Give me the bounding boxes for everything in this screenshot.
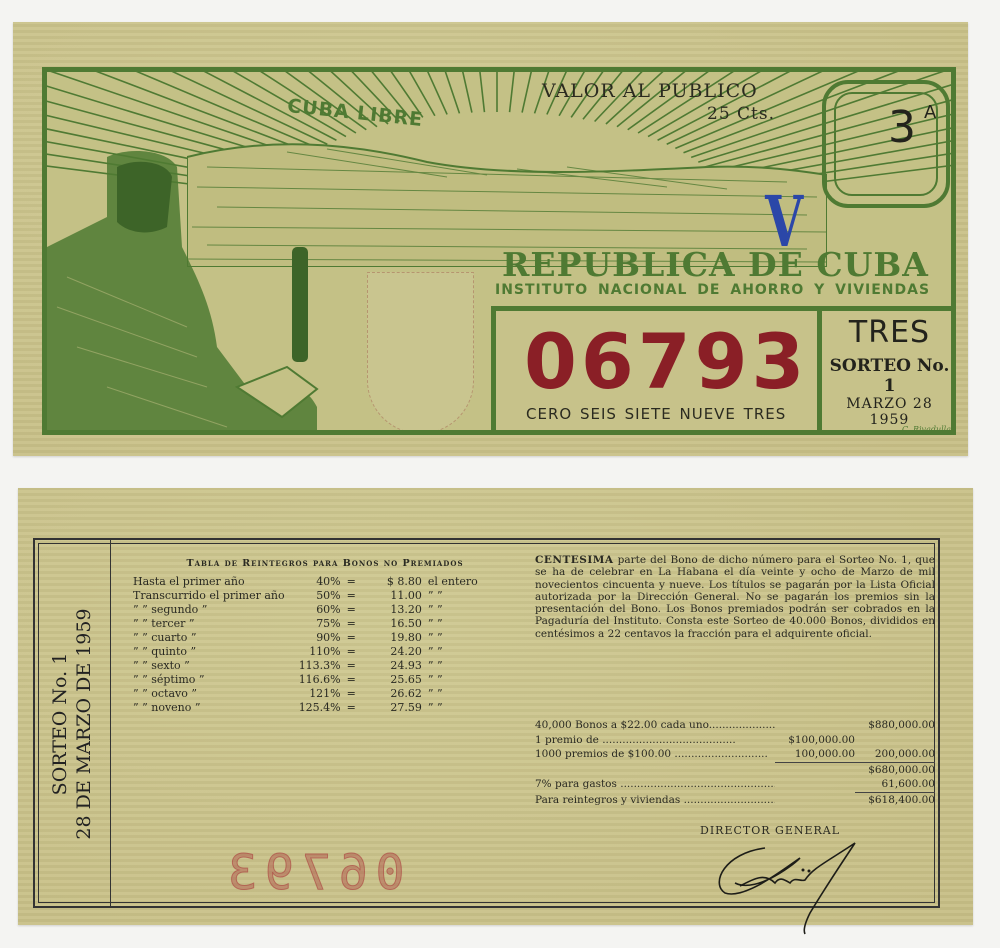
refund-eq: = — [344, 645, 359, 659]
refund-eq: = — [344, 617, 359, 631]
series-number: 3 — [888, 102, 916, 153]
refund-row: ” ” tercer ”75%=16.50” ” — [130, 617, 481, 631]
refund-suffix: ” ” — [425, 589, 481, 603]
refund-eq: = — [344, 575, 359, 589]
issuer-title: REPUBLICA DE CUBA — [502, 245, 929, 284]
refund-eq: = — [344, 659, 359, 673]
refund-label: ” ” octavo ” — [130, 687, 288, 701]
ledger-row: 7% para gastos .........................… — [535, 777, 935, 793]
ledger-mid — [775, 793, 855, 808]
refund-percent: 116.6% — [288, 673, 344, 687]
refund-label: ” ” cuarto ” — [130, 631, 288, 645]
series-letter: A — [924, 102, 936, 123]
refund-percent: 60% — [288, 603, 344, 617]
ledger-row: 1 premio de ............................… — [535, 733, 935, 748]
refund-amount: 16.50 — [359, 617, 425, 631]
refund-percent: 125.4% — [288, 701, 344, 715]
ledger-label — [535, 763, 775, 778]
ledger-row: Para reintegros y viviendas ............… — [535, 793, 935, 808]
institute-name: INSTITUTO NACIONAL DE AHORRO Y VIVIENDAS — [495, 282, 930, 298]
refund-label: Hasta el primer año — [130, 575, 288, 589]
refund-suffix: el entero — [425, 575, 481, 589]
ticket-number-words: CERO SEIS SIETE NUEVE TRES — [526, 405, 786, 423]
draw-date: MARZO 28 — [822, 396, 956, 412]
ledger-right: 200,000.00 — [855, 747, 935, 763]
refund-row: ” ” segundo ”60%=13.20” ” — [130, 603, 481, 617]
refund-amount: 19.80 — [359, 631, 425, 645]
price-value: 25 Cts. — [707, 104, 775, 124]
legal-lead-word: CENTESIMA — [535, 554, 614, 566]
refund-suffix: ” ” — [425, 701, 481, 715]
refund-eq: = — [344, 631, 359, 645]
refund-row: ” ” sexto ”113.3%=24.93” ” — [130, 659, 481, 673]
refund-suffix: ” ” — [425, 617, 481, 631]
refund-suffix: ” ” — [425, 645, 481, 659]
refund-amount: 24.20 — [359, 645, 425, 659]
ledger-label: 1 premio de ............................… — [535, 733, 775, 748]
ledger-label: 1000 premios de $100.00 ................… — [535, 747, 775, 763]
refund-amount: $ 8.80 — [359, 575, 425, 589]
refund-eq: = — [344, 589, 359, 603]
ledger-row: $680,000.00 — [535, 763, 935, 778]
ledger-mid: 100,000.00 — [775, 747, 855, 763]
ledger-right: $680,000.00 — [855, 763, 935, 778]
refund-percent: 121% — [288, 687, 344, 701]
side-panel: SORTEO No. 1 28 DE MARZO DE 1959 — [35, 540, 111, 906]
refund-amount: 13.20 — [359, 603, 425, 617]
refund-amount: 25.65 — [359, 673, 425, 687]
ledger-mid — [775, 763, 855, 778]
signature-mark — [705, 838, 865, 938]
ledger-label: Para reintegros y viviendas ............… — [535, 793, 775, 808]
signatory-title: DIRECTOR GENERAL — [700, 824, 840, 837]
price-label: VALOR AL PUBLICO — [542, 80, 758, 102]
ledger-right: 61,600.00 — [855, 777, 935, 793]
ledger-mid — [775, 718, 855, 733]
refund-percent: 50% — [288, 589, 344, 603]
refund-label: Transcurrido el primer año — [130, 589, 288, 603]
refund-row: ” ” quinto ”110%=24.20” ” — [130, 645, 481, 659]
refund-label: ” ” noveno ” — [130, 701, 288, 715]
refund-row: ” ” noveno ”125.4%=27.59” ” — [130, 701, 481, 715]
refund-row: ” ” octavo ”121%=26.62” ” — [130, 687, 481, 701]
legal-text-block: CENTESIMA parte del Bono de dicho número… — [535, 554, 935, 640]
refund-suffix: ” ” — [425, 659, 481, 673]
ledger-right: $880,000.00 — [855, 718, 935, 733]
refund-suffix: ” ” — [425, 673, 481, 687]
draw-info-panel: TRES SORTEO No. 1 MARZO 28 1959 C. Rivad… — [817, 306, 956, 435]
ledger-right: $618,400.00 — [855, 793, 935, 808]
refund-label: ” ” sexto ” — [130, 659, 288, 673]
watermark-shield — [367, 272, 474, 434]
refund-eq: = — [344, 687, 359, 701]
side-draw-label: SORTEO No. 1 — [48, 569, 72, 879]
refund-amount: 26.62 — [359, 687, 425, 701]
ticket-number: 06793 — [524, 317, 808, 406]
refund-percent: 113.3% — [288, 659, 344, 673]
refund-amount: 27.59 — [359, 701, 425, 715]
ledger-label: 7% para gastos .........................… — [535, 777, 775, 793]
refund-suffix: ” ” — [425, 631, 481, 645]
ledger-mid: $100,000.00 — [775, 733, 855, 748]
legal-text: parte del Bono de dicho número para el S… — [535, 554, 935, 640]
back-frame: SORTEO No. 1 28 DE MARZO DE 1959 Tabla d… — [33, 538, 940, 908]
side-draw-date: 28 DE MARZO DE 1959 — [72, 569, 96, 879]
refund-table: Tabla de Reintegros para Bonos no Premia… — [130, 558, 520, 715]
refund-label: ” ” séptimo ” — [130, 673, 288, 687]
refund-eq: = — [344, 701, 359, 715]
ledger-label: 40,000 Bonos a $22.00 cada uno..........… — [535, 718, 775, 733]
ledger-right — [855, 733, 935, 748]
series-badge: 3 A — [822, 80, 950, 208]
refund-row: Hasta el primer año40%=$ 8.80el entero — [130, 575, 481, 589]
refund-amount: 11.00 — [359, 589, 425, 603]
handwritten-mark: V — [765, 180, 803, 263]
refund-eq: = — [344, 603, 359, 617]
refund-eq: = — [344, 673, 359, 687]
perforated-number: 06793 — [220, 845, 405, 901]
refund-row: ” ” cuarto ”90%=19.80” ” — [130, 631, 481, 645]
ticket-front: CUBA LIBRE VALOR AL PUBLICO 25 Cts. 3 A … — [13, 22, 968, 456]
refund-percent: 40% — [288, 575, 344, 589]
ticket-number-panel: 06793 CERO SEIS SIETE NUEVE TRES — [491, 306, 822, 435]
refund-row: ” ” séptimo ”116.6%=25.65” ” — [130, 673, 481, 687]
ledger-mid — [775, 777, 855, 793]
refund-percent: 75% — [288, 617, 344, 631]
refund-amount: 24.93 — [359, 659, 425, 673]
front-frame: CUBA LIBRE VALOR AL PUBLICO 25 Cts. 3 A … — [42, 67, 956, 435]
refund-suffix: ” ” — [425, 603, 481, 617]
refund-label: ” ” quinto ” — [130, 645, 288, 659]
refund-percent: 110% — [288, 645, 344, 659]
ledger-row: 1000 premios de $100.00 ................… — [535, 747, 935, 763]
refund-label: ” ” segundo ” — [130, 603, 288, 617]
refund-row: Transcurrido el primer año50%=11.00” ” — [130, 589, 481, 603]
fraction-word: TRES — [822, 315, 956, 350]
refund-percent: 90% — [288, 631, 344, 645]
prize-ledger: 40,000 Bonos a $22.00 cada uno..........… — [535, 718, 935, 807]
draw-label: SORTEO No. 1 — [822, 356, 956, 396]
farmer-illustration — [47, 127, 347, 435]
ledger-row: 40,000 Bonos a $22.00 cada uno..........… — [535, 718, 935, 733]
side-caption: SORTEO No. 1 28 DE MARZO DE 1959 — [48, 569, 96, 879]
refund-label: ” ” tercer ” — [130, 617, 288, 631]
refund-suffix: ” ” — [425, 687, 481, 701]
refund-table-title: Tabla de Reintegros para Bonos no Premia… — [130, 558, 520, 569]
engraver-signature: C. Rivadulla — [902, 425, 951, 434]
ticket-back: SORTEO No. 1 28 DE MARZO DE 1959 Tabla d… — [18, 488, 973, 925]
